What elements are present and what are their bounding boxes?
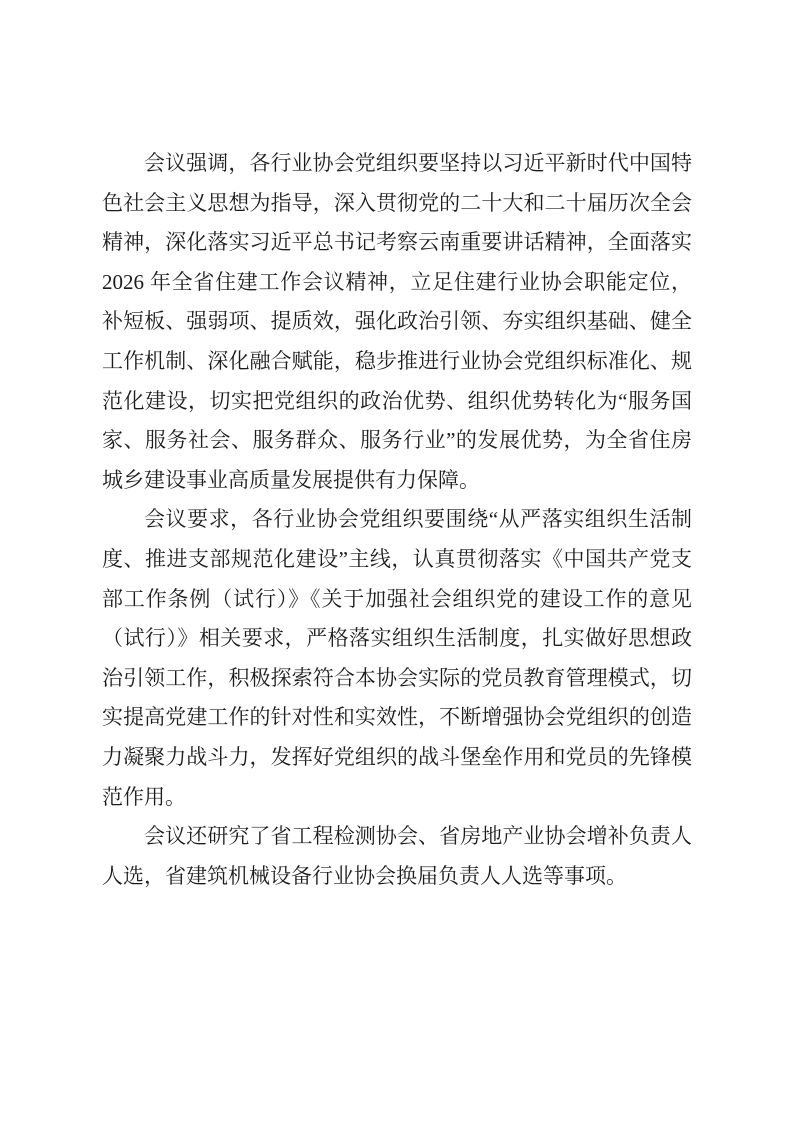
text-line: 部工作条例（试行）》《关于加强社会组织党的建设工作的意见 bbox=[102, 580, 692, 620]
text-line: 会议要求，各行业协会党组织要围绕“从严落实组织生活制 bbox=[102, 500, 692, 540]
text-line: 实提高党建工作的针对性和实效性，不断增强协会党组织的创造 bbox=[102, 698, 692, 738]
text-line: 工作机制、深化融合赋能，稳步推进行业协会党组织标准化、规 bbox=[102, 342, 692, 382]
text-line: 2026 年全省住建工作会议精神，立足住建行业协会职能定位， bbox=[102, 263, 692, 303]
text-block: 会议强调，各行业协会党组织要坚持以习近平新时代中国特色社会主义思想为指导，深入贯… bbox=[102, 144, 692, 896]
text-line: 治引领工作，积极探索符合本协会实际的党员教育管理模式，切 bbox=[102, 659, 692, 699]
text-line: 城乡建设事业高质量发展提供有力保障。 bbox=[102, 461, 692, 501]
text-line: 范作用。 bbox=[102, 778, 692, 818]
text-line: 色社会主义思想为指导，深入贯彻党的二十大和二十届历次全会 bbox=[102, 184, 692, 224]
paragraph: 会议要求，各行业协会党组织要围绕“从严落实组织生活制度、推进支部规范化建设”主线… bbox=[102, 500, 692, 817]
text-line: 精神，深化落实习近平总书记考察云南重要讲话精神，全面落实 bbox=[102, 223, 692, 263]
paragraph: 会议强调，各行业协会党组织要坚持以习近平新时代中国特色社会主义思想为指导，深入贯… bbox=[102, 144, 692, 500]
text-line: 会议强调，各行业协会党组织要坚持以习近平新时代中国特 bbox=[102, 144, 692, 184]
text-line: 范化建设，切实把党组织的政治优势、组织优势转化为“服务国 bbox=[102, 382, 692, 422]
paragraph: 会议还研究了省工程检测协会、省房地产业协会增补负责人人选，省建筑机械设备行业协会… bbox=[102, 817, 692, 896]
text-line: 会议还研究了省工程检测协会、省房地产业协会增补负责人 bbox=[102, 817, 692, 857]
text-line: 力凝聚力战斗力，发挥好党组织的战斗堡垒作用和党员的先锋模 bbox=[102, 738, 692, 778]
text-line: 家、服务社会、服务群众、服务行业”的发展优势，为全省住房 bbox=[102, 421, 692, 461]
text-line: 补短板、强弱项、提质效，强化政治引领、夯实组织基础、健全 bbox=[102, 302, 692, 342]
document-page: 会议强调，各行业协会党组织要坚持以习近平新时代中国特色社会主义思想为指导，深入贯… bbox=[0, 0, 793, 1122]
text-line: 度、推进支部规范化建设”主线，认真贯彻落实《中国共产党支 bbox=[102, 540, 692, 580]
text-line: 人选，省建筑机械设备行业协会换届负责人人选等事项。 bbox=[102, 857, 692, 897]
text-line: （试行）》相关要求，严格落实组织生活制度，扎实做好思想政 bbox=[102, 619, 692, 659]
